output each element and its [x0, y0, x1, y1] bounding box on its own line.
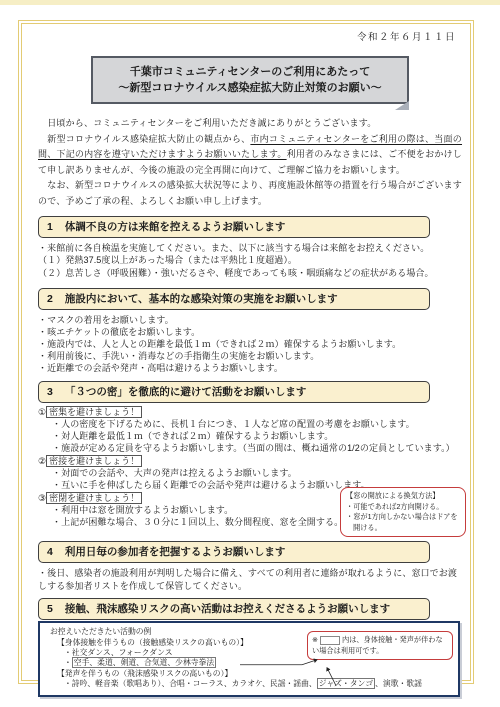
avoid-crowding-heading: ①密集を避けましょう！ [38, 406, 462, 418]
section-3-bullet: ・対人距離を最低１ｍ（できれば２ｍ）確保するようお願いします。 [52, 430, 462, 442]
section-5-number: 5 [47, 603, 53, 615]
document-title-line2: ～新型コロナウイルス感染症拡大防止対策のお願い～ [97, 80, 403, 96]
bullet-mark: ・ [64, 658, 72, 667]
section-1-bullet: （２）息苦しさ（呼吸困難）・強いだるさや、軽度であっても咳・咽頭痛などの症状があ… [38, 267, 462, 279]
droplet-risk-group-title: 【発声を伴うもの（飛沫感染リスクの高いもの）】 [48, 669, 450, 679]
avoid-close-contact-heading: ②密接を避けましょう！ [38, 455, 462, 467]
section-4-body: ・後日、感染者の施設利用が判明した場合に備え、すべての利用者に連絡が取れるように… [38, 567, 462, 592]
section-2-bullet: ・マスクの着用をお願いします。 [38, 314, 462, 326]
activity-item: ・詩吟、軽音楽（歌唱あり）、合唱・コーラス、カラオケ、民謡・謡曲、ジャズ・タンゴ… [48, 679, 450, 689]
section-2-bullet: ・利用前後に、手洗い・消毒などの手指衛生の実施をお願いします。 [38, 350, 462, 362]
section-1-body: ・来館前に各自検温を実施してください。また、以下に該当する場合は来館をお控えくだ… [38, 242, 462, 279]
ventilation-note-bullet: ・可能であれば2方向開ける。 [346, 502, 460, 513]
intro-paragraph-1: 日頃から、コミュニティセンターをご利用いただき誠にありがとうございます。 [38, 116, 462, 132]
section-1-title: 体調不良の方は来館を控えるようお願いします [65, 221, 286, 233]
folded-corner-decoration [395, 101, 409, 110]
avoid-closed-spaces-label: 密閉を避けましょう！ [46, 492, 142, 504]
section-1-bullet: ・来館前に各自検温を実施してください。また、以下に該当する場合は来館をお控えくだ… [38, 242, 462, 254]
avoid-close-contact-label: 密接を避けましょう！ [46, 455, 142, 467]
avoid-crowding-label: 密集を避けましょう！ [46, 406, 142, 418]
section-5-title: 接触、飛沫感染リスクの高い活動はお控えくださるようお願いします [65, 603, 390, 615]
ventilation-note-title: 【窓の開放による換気方法】 [346, 491, 460, 502]
section-2-bullet: ・施設内では、人と人との距離を最低１ｍ（できれば２ｍ）確保するようお願いします。 [38, 338, 462, 350]
section-4-header: 4利用日毎の参加者を把握するようお願いします [38, 541, 430, 563]
avoid-crowding-bullets: ・人の密度を下げるために、長机１台につき、１人など席の配置の考慮をお願いします。… [38, 418, 462, 454]
document-title-box: 千葉市コミュニティセンターのご利用にあたって ～新型コロナウイルス感染症拡大防止… [91, 56, 409, 104]
circled-2: ② [38, 456, 46, 466]
document-content: 千葉市コミュニティセンターのご利用にあたって ～新型コロナウイルス感染症拡大防止… [38, 56, 462, 697]
ventilation-method-note: 【窓の開放による換気方法】 ・可能であれば2方向開ける。 ・窓が1方向しかない場… [340, 487, 466, 537]
circled-3: ③ [38, 493, 46, 503]
intro-paragraph-3: なお、新型コロナウイルスの感染拡大状況等により、再度施設休館等の措置を行う場合が… [38, 178, 462, 209]
ventilation-note-bullet: ・窓が1方向しかない場合はドアを開ける。 [346, 512, 460, 533]
section-2-header: 2施設内において、基本的な感染対策の実施をお願いします [38, 288, 430, 310]
section-2-title: 施設内において、基本的な感染対策の実施をお願いします [65, 293, 338, 305]
document-title-line1: 千葉市コミュニティセンターのご利用にあたって [97, 64, 403, 80]
section-3-header: 3「３つの密」を徹底的に避けて活動をお願いします [38, 381, 430, 403]
section-1-number: 1 [47, 221, 53, 233]
vocal-activities-pre: ・詩吟、軽音楽（歌唱あり）、合唱・コーラス、カラオケ、民謡・謡曲、 [64, 679, 317, 688]
section-4-bullet: ・後日、感染者の施設利用が判明した場合に備え、すべての利用者に連絡が取れるように… [38, 567, 462, 592]
document-date: 令和２年６月１１日 [357, 29, 456, 43]
conditional-allowed-activities-martial: 空手、柔道、剣道、合気道、少林寺拳法 [72, 657, 216, 668]
section-4-number: 4 [47, 546, 53, 558]
intro-paragraph-2: 新型コロナウイルス感染症拡大防止の観点から、市内コミュニティセンターをご利用の際… [38, 132, 462, 179]
section-3-bullet: ・人の密度を下げるために、長机１台につき、１人など席の配置の考慮をお願いします。 [52, 418, 462, 430]
section-1-header: 1体調不良の方は来館を控えるようお願いします [38, 216, 430, 238]
intro-p2-pre: 新型コロナウイルス感染症拡大防止の観点から、 [38, 134, 250, 144]
section-3-title: 「３つの密」を徹底的に避けて活動をお願いします [65, 386, 307, 398]
circled-1: ① [38, 407, 46, 417]
section-2-body: ・マスクの着用をお願いします。 ・咳エチケットの徹底をお願いします。 ・施設内で… [38, 314, 462, 374]
section-2-bullet: ・咳エチケットの徹底をお願いします。 [38, 326, 462, 338]
boxed-items-legend: ※内は、身体接触・発声が伴わない場合は利用可です。 [307, 631, 453, 660]
section-2-number: 2 [47, 293, 53, 305]
restricted-activities-box: お控えいただきたい活動の例 【身体接触を伴うもの（接触感染リスクの高いもの）】 … [38, 621, 460, 696]
blank-box-sample [320, 636, 340, 645]
section-2-bullet: ・近距離での会話や発声・高唱は避けるようお願いします。 [38, 362, 462, 374]
scan-top-edge [0, 0, 500, 5]
section-4-title: 利用日毎の参加者を把握するようお願いします [65, 546, 286, 558]
section-5-header: 5接触、飛沫感染リスクの高い活動はお控えくださるようお願いします [38, 598, 430, 620]
vocal-activities-post: 、演歌・歌謡 [375, 679, 422, 688]
section-3-bullet: ・施設が定める定員を守るようお願いします。（当面の間は、概ね通常の1/2の定員と… [52, 442, 462, 454]
asterisk-mark: ※ [312, 635, 318, 644]
section-1-bullet: （１）発熱37.5度以上があった場合（または平熱比１度超過）。 [38, 254, 462, 266]
intro-paragraphs: 日頃から、コミュニティセンターをご利用いただき誠にありがとうございます。 新型コ… [38, 116, 462, 209]
section-3-number: 3 [47, 386, 53, 398]
section-3-bullet: ・対面での会話や、大声の発声は控えるようお願いします。 [52, 467, 462, 479]
conditional-allowed-activities-dance: ジャズ・タンゴ [317, 678, 375, 689]
